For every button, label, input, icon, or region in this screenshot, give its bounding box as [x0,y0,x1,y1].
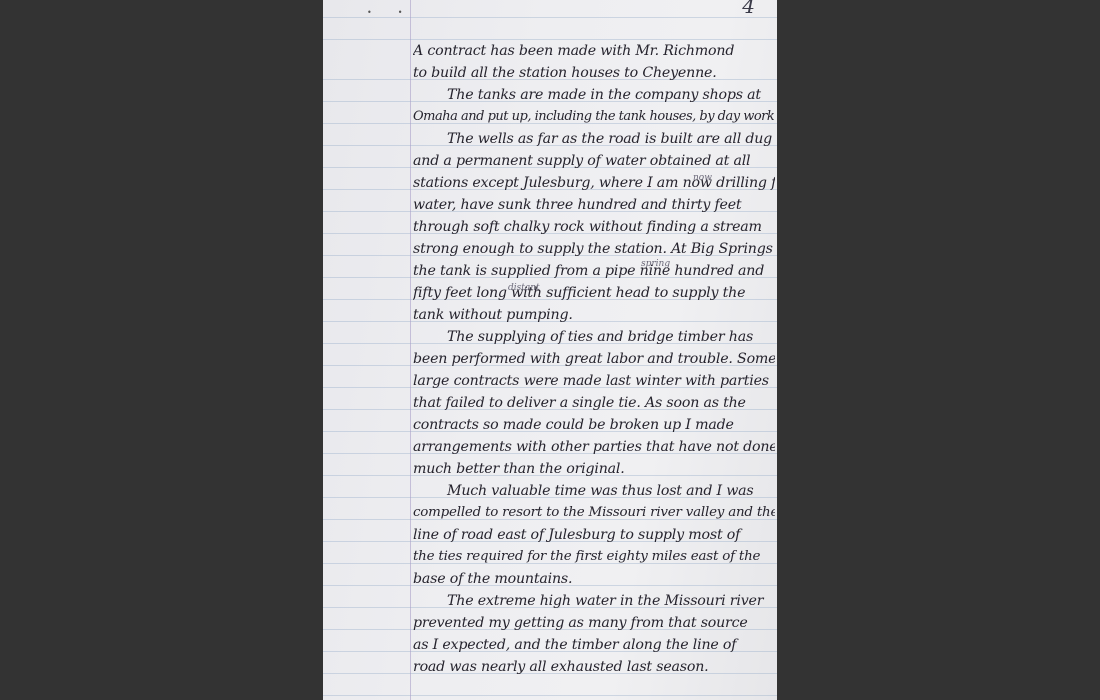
text-line: to build all the station houses to Cheye… [413,62,775,84]
handwritten-text: A contract has been made with Mr. Richmo… [413,40,775,678]
text-line: much better than the original. [413,458,775,480]
text-line: line of road east of Julesburg to supply… [413,524,775,546]
text-line: compelled to resort to the Missouri rive… [413,502,775,524]
text-line: A contract has been made with Mr. Richmo… [413,40,775,62]
text-line: fifty feet long with sufficient head to … [413,282,775,304]
text-line: stations except Julesburg, where I am no… [413,172,775,194]
text-line: the tank is supplied from a pipe nine hu… [413,260,775,282]
text-line: as I expected, and the timber along the … [413,634,775,656]
text-line: large contracts were made last winter wi… [413,370,775,392]
text-line: prevented my getting as many from that s… [413,612,775,634]
pin-holes: •• [367,8,428,17]
text-line: The supplying of ties and bridge timber … [413,326,775,348]
text-line: the ties required for the first eighty m… [413,546,775,568]
text-line: The wells as far as the road is built ar… [413,128,775,150]
text-line: through soft chalky rock without finding… [413,216,775,238]
text-line: arrangements with other parties that hav… [413,436,775,458]
text-line: strong enough to supply the station. At … [413,238,775,260]
page-number: 4 [742,0,755,18]
manuscript-page: •• 4 now spring distant A contract has b… [323,0,777,700]
text-line: base of the mountains. [413,568,775,590]
text-line: contracts so made could be broken up I m… [413,414,775,436]
text-line: and a permanent supply of water obtained… [413,150,775,172]
text-line: The tanks are made in the company shops … [413,84,775,106]
text-line: been performed with great labor and trou… [413,348,775,370]
text-line: Much valuable time was thus lost and I w… [413,480,775,502]
text-line: road was nearly all exhausted last seaso… [413,656,775,678]
text-line: that failed to deliver a single tie. As … [413,392,775,414]
text-line: Omaha and put up, including the tank hou… [413,106,775,128]
margin-line [410,0,411,700]
text-line: water, have sunk three hundred and thirt… [413,194,775,216]
text-line: tank without pumping. [413,304,775,326]
text-line: The extreme high water in the Missouri r… [413,590,775,612]
